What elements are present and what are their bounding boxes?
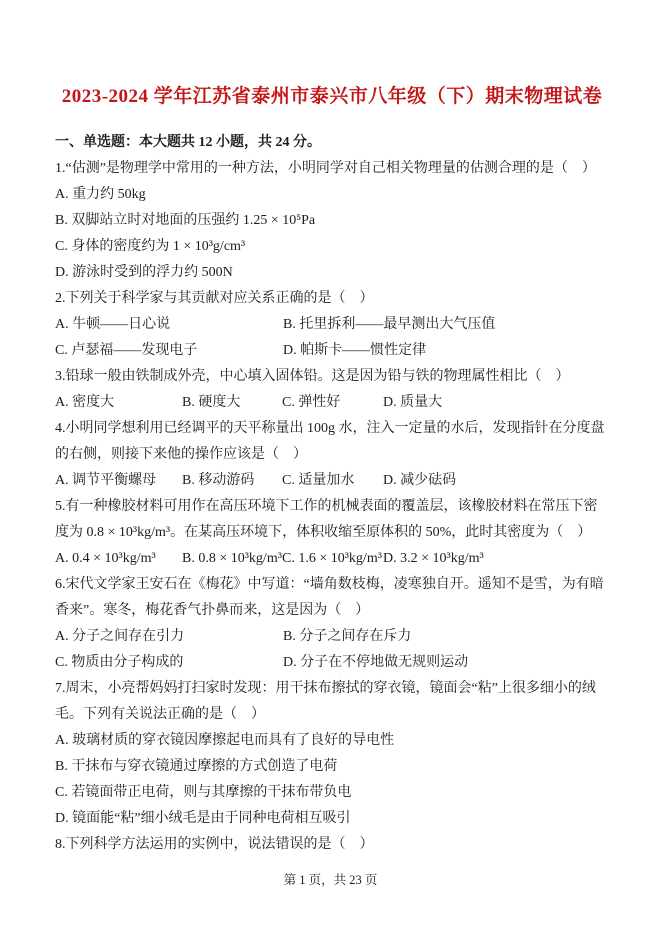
question-3-stem: 3.铅球一般由铁制成外壳，中心填入固体铅。这是因为铅与铁的物理属性相比（ ） [55,364,609,390]
question-3-option-A: A. 密度大 [55,390,182,416]
question-2-options: A. 牛顿——日心说B. 托里拆利——最早测出大气压值C. 卢瑟福——发现电子D… [55,312,609,364]
question-3-option-D: D. 质量大 [383,390,609,416]
question-2-option-C: C. 卢瑟福——发现电子 [55,338,283,364]
question-4: 4.小明同学想利用已经调平的天平称量出 100g 水，注入一定量的水后，发现指针… [55,416,609,494]
question-4-option-C: C. 适量加水 [282,468,383,494]
question-7-option-B: B. 干抹布与穿衣镜通过摩擦的方式创造了电荷 [55,754,609,780]
question-7-option-A: A. 玻璃材质的穿衣镜因摩擦起电而具有了良好的导电性 [55,728,609,754]
question-5-options: A. 0.4 × 10³kg/m³B. 0.8 × 10³kg/m³C. 1.6… [55,546,609,572]
question-5-option-B: B. 0.8 × 10³kg/m³ [182,546,282,572]
question-2-option-A: A. 牛顿——日心说 [55,312,283,338]
question-3-option-C: C. 弹性好 [282,390,383,416]
question-5-option-A: A. 0.4 × 10³kg/m³ [55,546,182,572]
question-1-option-D: D. 游泳时受到的浮力约 500N [55,260,609,286]
question-6-option-D: D. 分子在不停地做无规则运动 [283,650,609,676]
question-4-option-B: B. 移动游码 [182,468,282,494]
question-3: 3.铅球一般由铁制成外壳，中心填入固体铅。这是因为铅与铁的物理属性相比（ ）A.… [55,364,609,416]
question-6-option-C: C. 物质由分子构成的 [55,650,283,676]
question-8: 8.下列科学方法运用的实例中，说法错误的是（ ） [55,832,609,858]
question-1-option-A: A. 重力约 50kg [55,182,609,208]
question-2-option-B: B. 托里拆利——最早测出大气压值 [283,312,609,338]
question-5-stem: 5.有一种橡胶材料可用作在高压环境下工作的机械表面的覆盖层，该橡胶材料在常压下密… [55,494,609,546]
question-2-stem: 2.下列关于科学家与其贡献对应关系正确的是（ ） [55,286,609,312]
page-footer: 第 1 页，共 23 页 [0,870,661,888]
question-3-option-B: B. 硬度大 [182,390,282,416]
question-2-option-D: D. 帕斯卡——惯性定律 [283,338,609,364]
section-header: 一、单选题：本大题共 12 小题，共 24 分。 [55,130,609,156]
question-1-options: A. 重力约 50kgB. 双脚站立时对地面的压强约 1.25 × 10⁵PaC… [55,182,609,286]
question-6: 6.宋代文学家王安石在《梅花》中写道：“墙角数枝梅，凌寒独自开。遥知不是雪，为有… [55,572,609,676]
question-5: 5.有一种橡胶材料可用作在高压环境下工作的机械表面的覆盖层，该橡胶材料在常压下密… [55,494,609,572]
question-7: 7.周末，小亮帮妈妈打扫家时发现：用干抹布擦拭的穿衣镜，镜面会“粘”上很多细小的… [55,676,609,832]
question-4-option-D: D. 减少砝码 [383,468,609,494]
question-7-stem: 7.周末，小亮帮妈妈打扫家时发现：用干抹布擦拭的穿衣镜，镜面会“粘”上很多细小的… [55,676,609,728]
question-2: 2.下列关于科学家与其贡献对应关系正确的是（ ）A. 牛顿——日心说B. 托里拆… [55,286,609,364]
question-1-stem: 1.“估测”是物理学中常用的一种方法，小明同学对自己相关物理量的估测合理的是（ … [55,156,609,182]
question-4-options: A. 调节平衡螺母B. 移动游码C. 适量加水D. 减少砝码 [55,468,609,494]
questions-container: 1.“估测”是物理学中常用的一种方法，小明同学对自己相关物理量的估测合理的是（ … [55,156,609,858]
exam-page: 2023-2024 学年江苏省泰州市泰兴市八年级（下）期末物理试卷 一、单选题：… [0,0,661,935]
question-6-stem: 6.宋代文学家王安石在《梅花》中写道：“墙角数枝梅，凌寒独自开。遥知不是雪，为有… [55,572,609,624]
question-1-option-B: B. 双脚站立时对地面的压强约 1.25 × 10⁵Pa [55,208,609,234]
question-4-option-A: A. 调节平衡螺母 [55,468,182,494]
question-6-options: A. 分子之间存在引力B. 分子之间存在斥力C. 物质由分子构成的D. 分子在不… [55,624,609,676]
question-7-option-D: D. 镜面能“粘”细小绒毛是由于同种电荷相互吸引 [55,806,609,832]
question-1-option-C: C. 身体的密度约为 1 × 10³g/cm³ [55,234,609,260]
page-title: 2023-2024 学年江苏省泰州市泰兴市八年级（下）期末物理试卷 [55,84,609,110]
question-5-option-D: D. 3.2 × 10³kg/m³ [383,546,609,572]
question-7-option-C: C. 若镜面带正电荷，则与其摩擦的干抹布带负电 [55,780,609,806]
question-4-stem: 4.小明同学想利用已经调平的天平称量出 100g 水，注入一定量的水后，发现指针… [55,416,609,468]
question-3-options: A. 密度大B. 硬度大C. 弹性好D. 质量大 [55,390,609,416]
question-8-stem: 8.下列科学方法运用的实例中，说法错误的是（ ） [55,832,609,858]
question-1: 1.“估测”是物理学中常用的一种方法，小明同学对自己相关物理量的估测合理的是（ … [55,156,609,286]
question-6-option-A: A. 分子之间存在引力 [55,624,283,650]
question-5-option-C: C. 1.6 × 10³kg/m³ [282,546,383,572]
question-6-option-B: B. 分子之间存在斥力 [283,624,609,650]
question-7-options: A. 玻璃材质的穿衣镜因摩擦起电而具有了良好的导电性B. 干抹布与穿衣镜通过摩擦… [55,728,609,832]
